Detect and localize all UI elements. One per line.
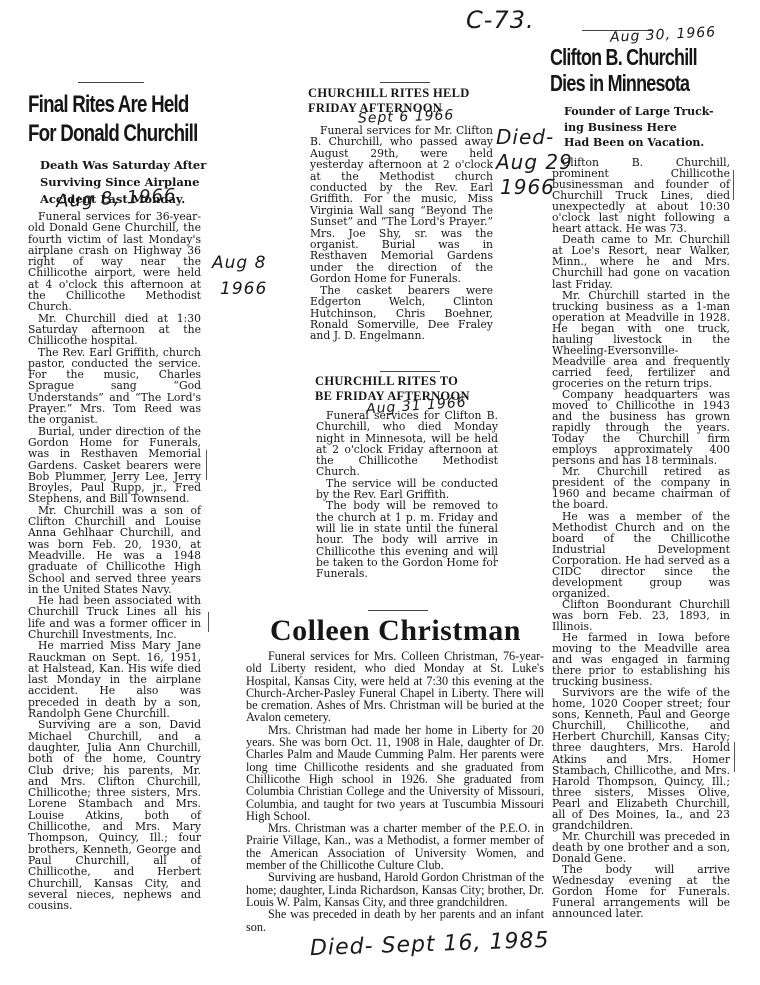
paragraph: Death came to Mr. Churchill at Loe's Res… <box>552 234 730 289</box>
top-rule <box>380 371 440 372</box>
paragraph: Mrs. Christman had made her home in Libe… <box>246 724 544 822</box>
column-edge <box>734 742 735 772</box>
subdeck: Founder of Large Truck- ing Business Her… <box>564 104 760 151</box>
margin-note-line: Aug 8 <box>212 250 267 276</box>
paragraph: Burial, under direction of the Gordon Ho… <box>28 426 201 505</box>
headline: Clifton B. Churchill Dies in Minnesota <box>550 44 753 96</box>
subdeck-line: ing Business Here <box>564 120 760 136</box>
headline-line-1: Clifton B. Churchill <box>550 44 753 70</box>
subdeck-line: Death Was Saturday After <box>40 157 208 174</box>
margin-note: Aug 8 1966 <box>212 250 267 302</box>
article-body: Funeral services for 36-year-old Donald … <box>28 211 201 911</box>
article-clifton-churchill: Clifton B. Churchill Dies in Minnesota F… <box>550 44 760 151</box>
handwritten-date: Aug 30, 1966 <box>610 24 717 46</box>
paragraph: Mr. Churchill started in the trucking bu… <box>552 290 730 389</box>
top-rule <box>78 82 144 83</box>
subdeck-line: Founder of Large Truck- <box>564 104 760 120</box>
headline: Final Rites Are Held For Donald Churchil… <box>28 90 215 148</box>
catalog-mark: C-73. <box>466 6 535 34</box>
subdeck-line: Had Been on Vacation. <box>564 135 760 151</box>
paragraph: The body will be removed to the church a… <box>316 500 498 579</box>
paragraph: He was a member of the Methodist Church … <box>552 511 730 599</box>
paragraph: Survivors are the wife of the home, 1020… <box>552 687 730 831</box>
paragraph: Funeral services for Mr. Clifton B. Chur… <box>310 125 493 285</box>
paragraph: Mr. Churchill died at 1:30 Saturday afte… <box>28 313 201 347</box>
paragraph: The service will be conducted by the Rev… <box>316 478 498 501</box>
paragraph: Mr. Churchill retired as president of th… <box>552 466 730 510</box>
headline-line-2: Dies in Minnesota <box>550 70 753 96</box>
paragraph: He had been associated with Churchill Tr… <box>28 595 201 640</box>
paragraph: The Rev. Earl Griffith, church pastor, c… <box>28 347 201 426</box>
article-body: Funeral services for Clifton B. Churchil… <box>316 410 498 579</box>
paragraph: Clifton B. Churchill, prominent Chillico… <box>552 157 730 234</box>
paragraph: Mrs. Christman was a charter member of t… <box>246 822 544 871</box>
margin-note-line: 1966 <box>212 276 267 302</box>
handwritten-note: Died- Sept 16, 1985 <box>310 928 550 961</box>
paragraph: He farmed in Iowa before moving to the M… <box>552 632 730 687</box>
paragraph: He married Miss Mary Jane Rauckman on Se… <box>28 640 201 719</box>
column-edge <box>733 170 734 200</box>
paragraph: Surviving are a son, David Michael Churc… <box>28 719 201 911</box>
article-body: Clifton B. Churchill, prominent Chillico… <box>552 157 730 919</box>
paragraph: Surviving are husband, Harold Gordon Chr… <box>246 871 544 908</box>
top-rule <box>368 610 428 611</box>
column-edge <box>206 450 207 480</box>
article-body: Funeral services for Mr. Clifton B. Chur… <box>310 125 493 342</box>
paragraph: The casket bearers were Edgerton Welch, … <box>310 285 493 342</box>
paragraph: Funeral services for Clifton B. Churchil… <box>316 410 498 478</box>
paragraph: Funeral services for 36-year-old Donald … <box>28 211 201 313</box>
top-rule <box>380 82 430 83</box>
headline: Colleen Christman <box>270 613 521 649</box>
paragraph: Clifton Boondurant Churchill was born Fe… <box>552 599 730 632</box>
headline-line-1: CHURCHILL RITES TO <box>315 374 505 389</box>
paragraph: Company headquarters was moved to Chilli… <box>552 389 730 466</box>
column-edge <box>494 555 495 565</box>
headline-line-2: For Donald Churchill <box>28 119 215 148</box>
paragraph: Mr. Churchill was a son of Clifton Churc… <box>28 505 201 595</box>
paragraph: The body will arrive Wednesday evening a… <box>552 864 730 919</box>
headline-line-1: Final Rites Are Held <box>28 90 215 119</box>
paragraph: Funeral services for Mrs. Colleen Christ… <box>246 650 544 724</box>
column-edge <box>208 612 209 632</box>
article-body: Funeral services for Mrs. Colleen Christ… <box>246 650 544 933</box>
headline-line-1: CHURCHILL RITES HELD <box>308 86 498 101</box>
paragraph: Mr. Churchill was preceded in death by o… <box>552 831 730 864</box>
